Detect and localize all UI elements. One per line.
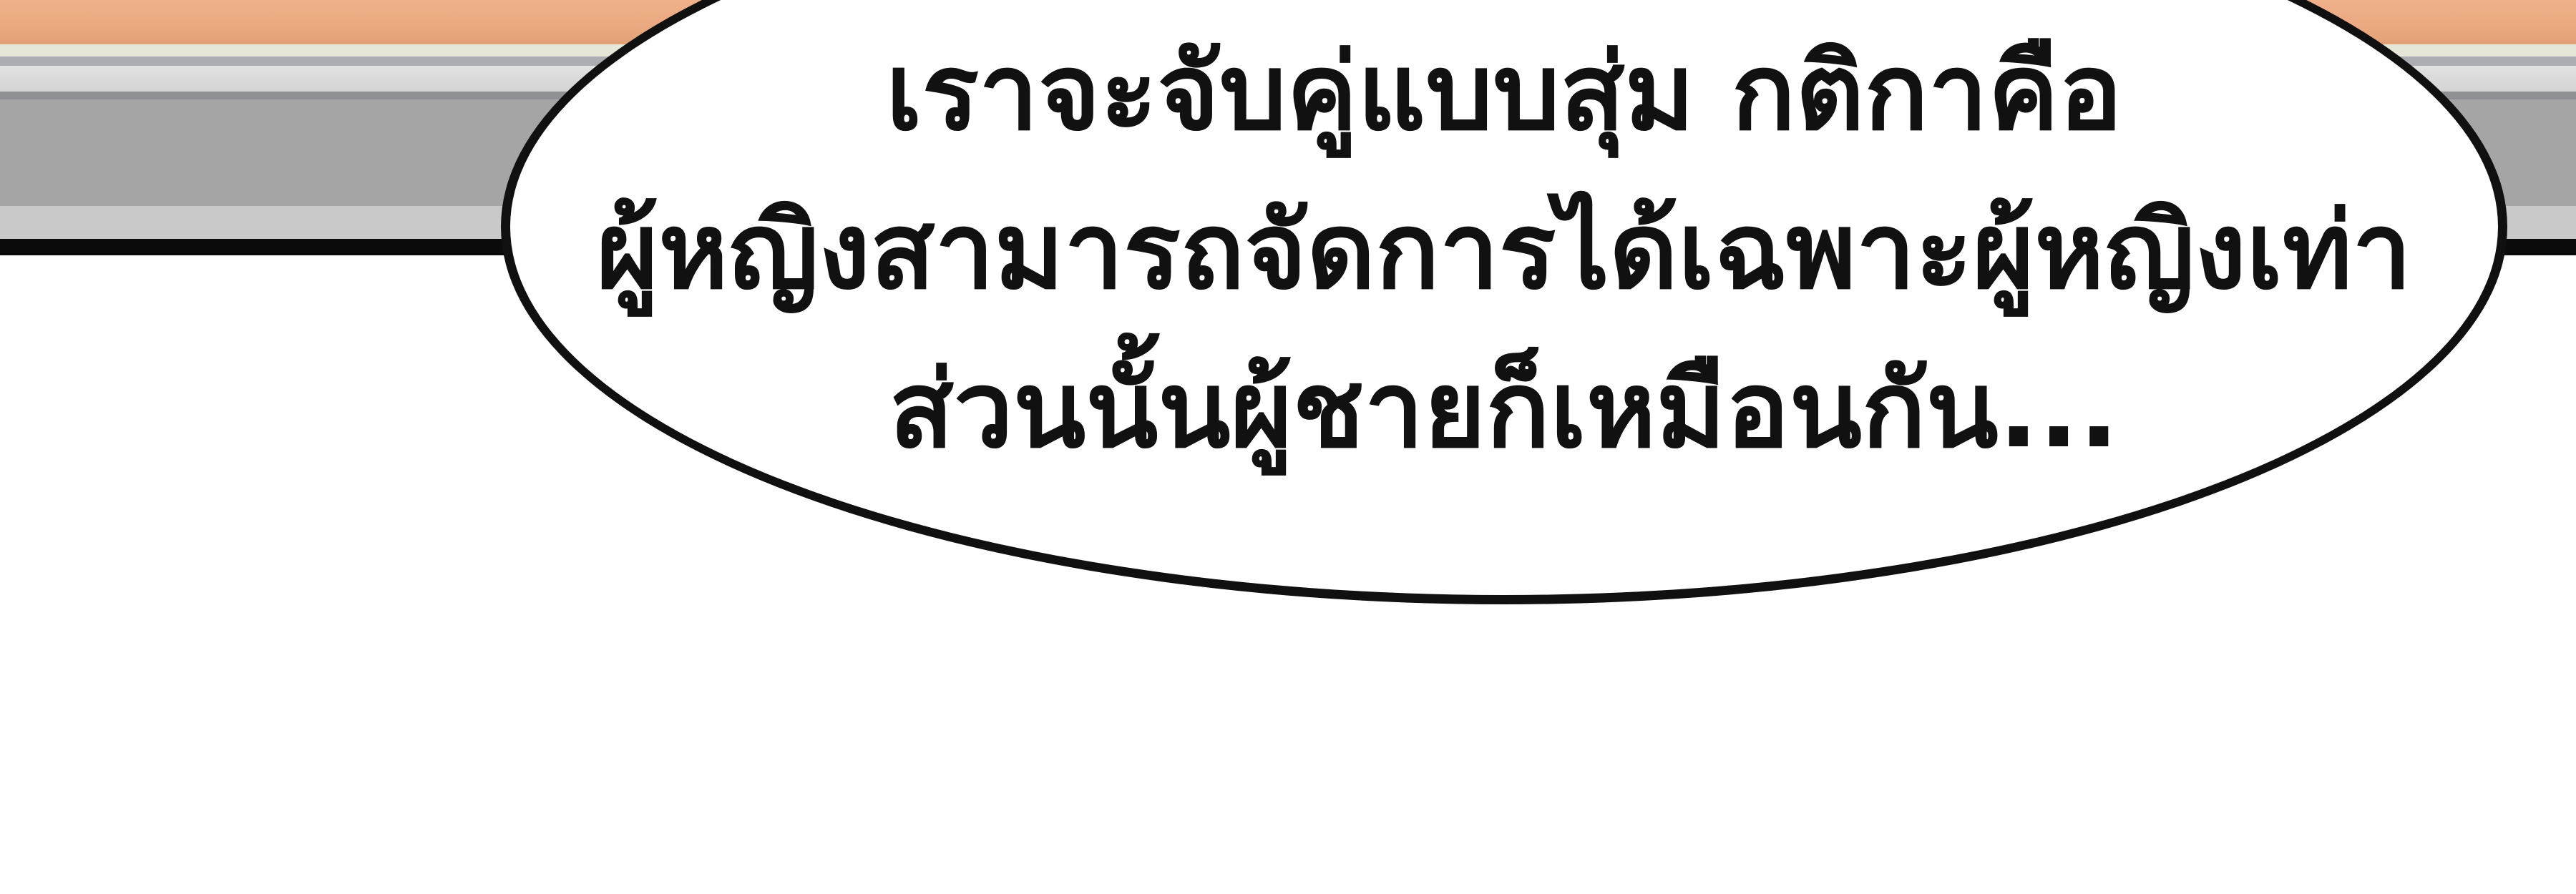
bubble-text-line-2: ผู้หญิงสามารถจัดการได้เฉพาะผู้หญิงเท่า bbox=[501, 172, 2507, 330]
comic-panel: เราจะจับคู่แบบสุ่ม กติกาคือ ผู้หญิงสามาร… bbox=[0, 0, 2576, 894]
bubble-text-line-3: ส่วนนั้นผู้ชายก็เหมือนกัน... bbox=[501, 330, 2507, 489]
speech-bubble-text: เราจะจับคู่แบบสุ่ม กติกาคือ ผู้หญิงสามาร… bbox=[501, 13, 2507, 489]
bubble-text-line-1: เราจะจับคู่แบบสุ่ม กติกาคือ bbox=[501, 13, 2507, 172]
